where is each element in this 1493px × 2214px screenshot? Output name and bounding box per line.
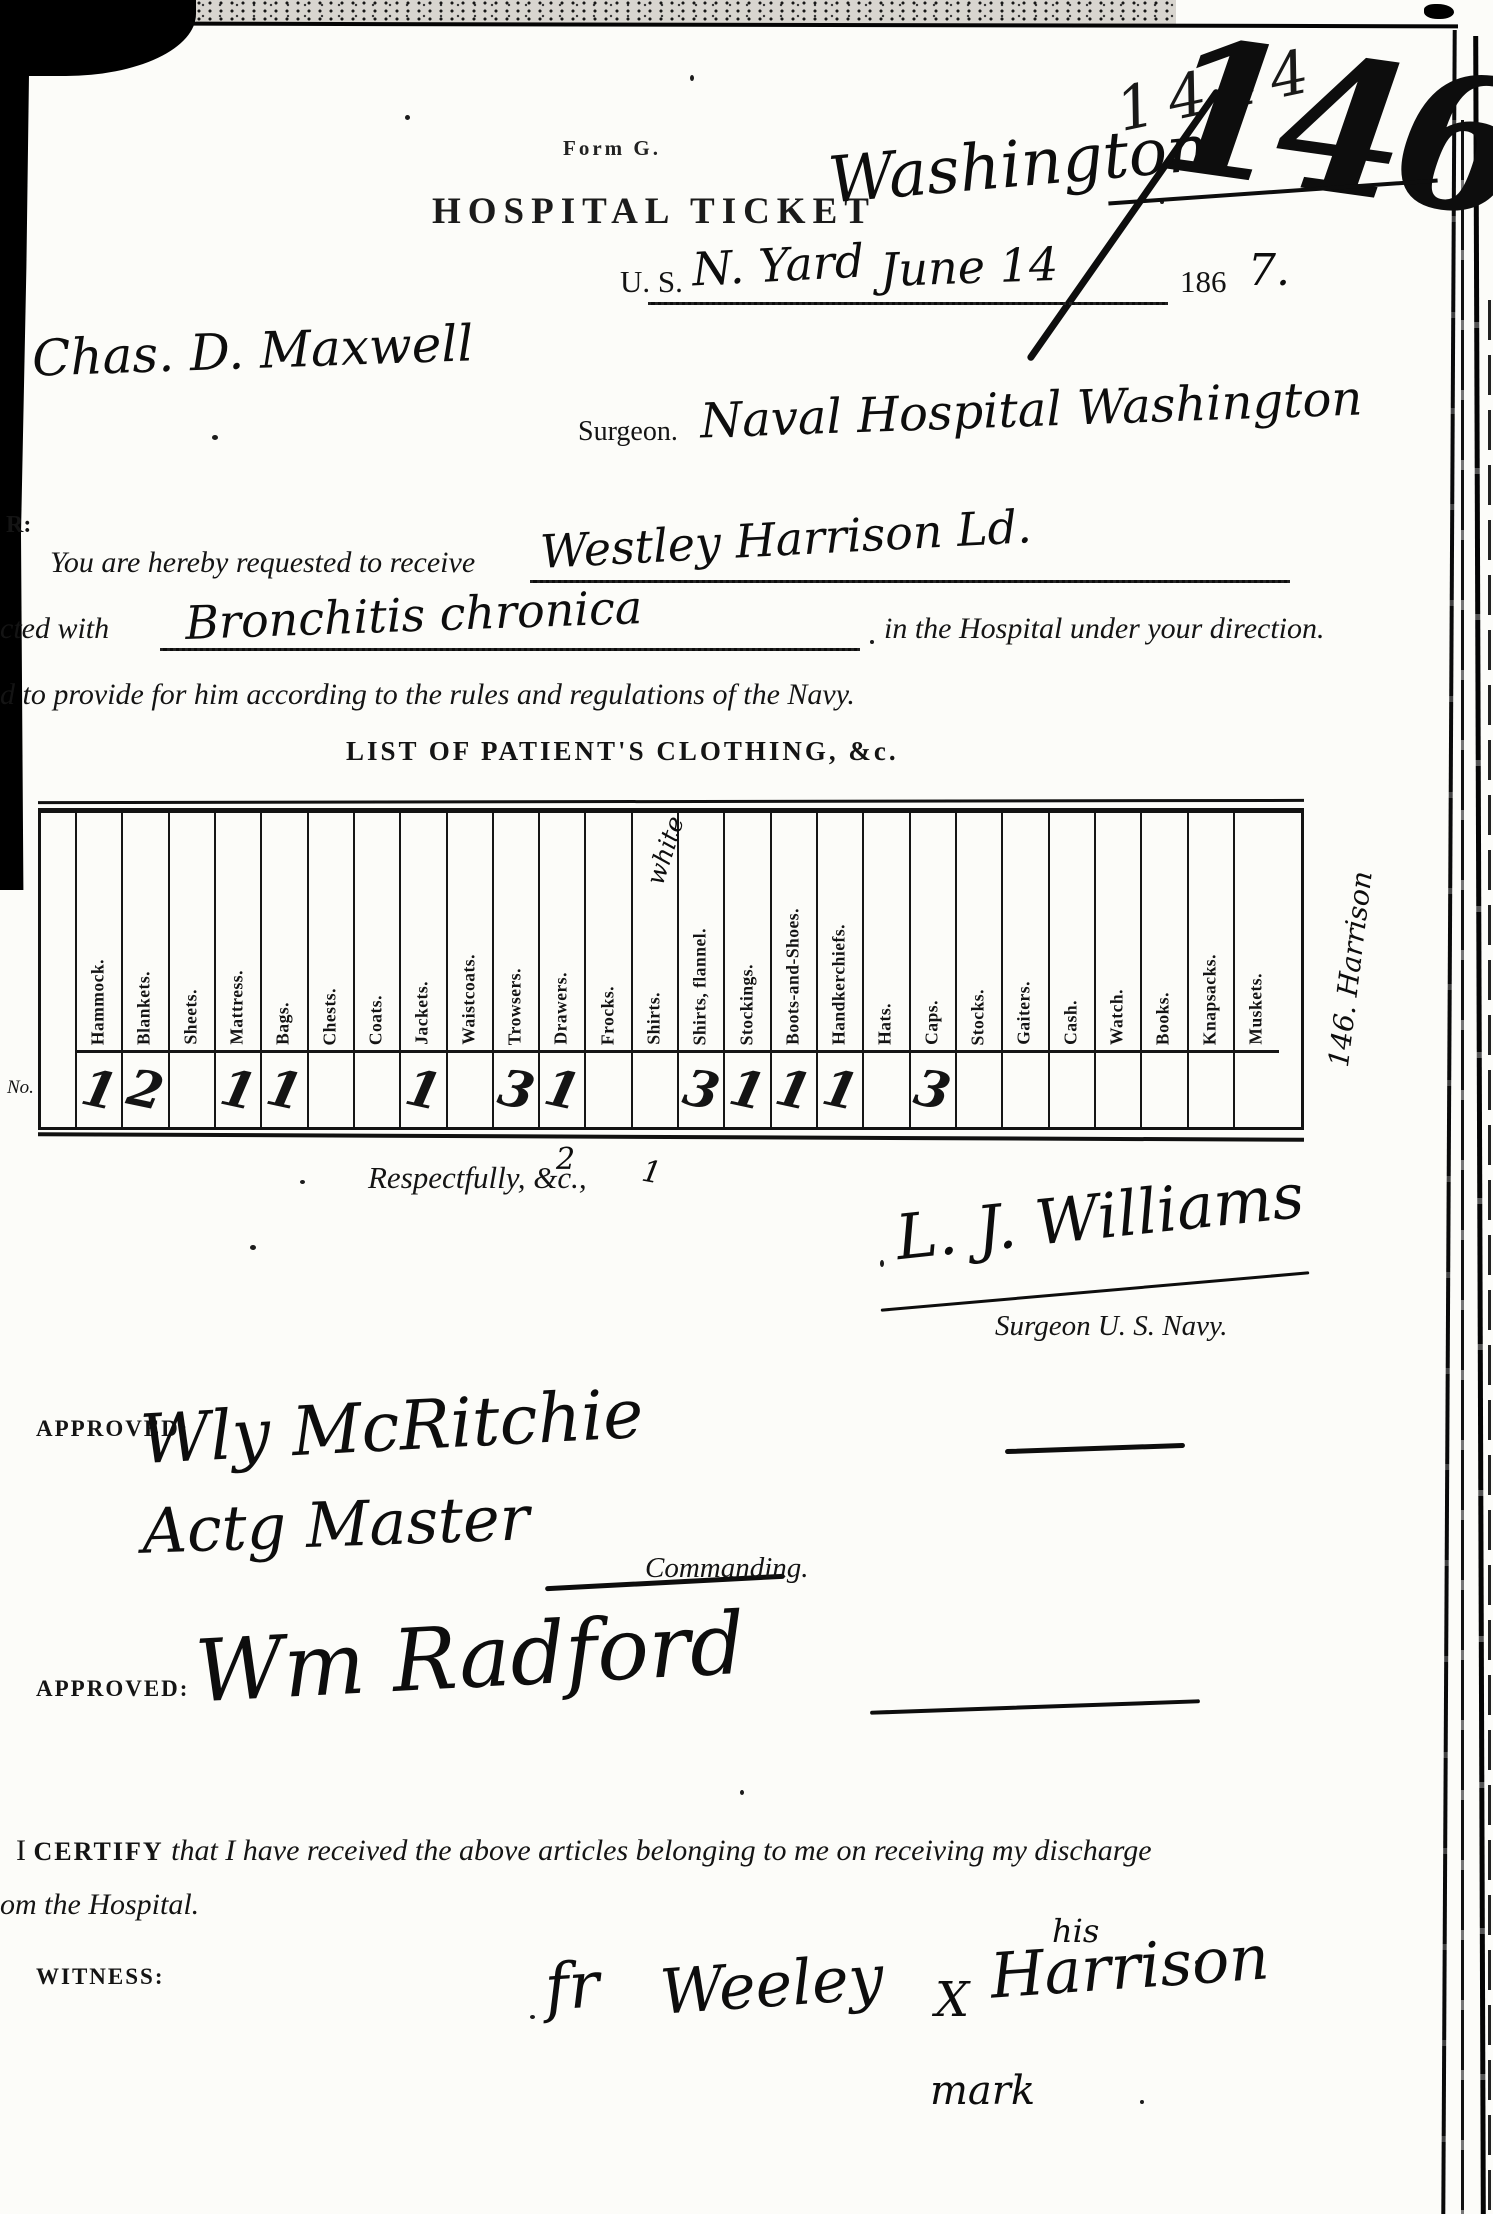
quantity-cell bbox=[448, 1050, 492, 1127]
scan-speck bbox=[740, 1790, 744, 1795]
table-column: Books. bbox=[1140, 813, 1186, 1127]
afflicted-partial-printed: cted with bbox=[0, 612, 109, 646]
quantity-cell bbox=[864, 1050, 908, 1127]
scan-right-edge-line bbox=[1473, 36, 1486, 2214]
surgeon-signature-handwritten: L. J. Williams bbox=[892, 1159, 1307, 1274]
quantity-cell: 3 bbox=[679, 1050, 723, 1127]
column-header-label: Drawers. bbox=[551, 972, 572, 1045]
certify-text: that I have received the above articles … bbox=[171, 1834, 1152, 1867]
station-handwritten: Naval Hospital Washington bbox=[699, 370, 1363, 449]
quantity-handwritten: 1 bbox=[401, 1062, 445, 1118]
surgeon-title-printed: Surgeon U. S. Navy. bbox=[995, 1310, 1228, 1343]
scan-right-edge-line bbox=[1441, 30, 1456, 2214]
certify-continuation: om the Hospital. bbox=[0, 1888, 199, 1922]
respectfully-printed: Respectfully, &c., bbox=[368, 1160, 587, 1196]
table-column: Shirts, flannel.3 bbox=[677, 813, 723, 1127]
table-column: Caps.3 bbox=[909, 813, 955, 1127]
quantity-cell: 2 bbox=[123, 1050, 167, 1127]
scan-right-edge-line bbox=[1488, 300, 1491, 2214]
witness-prefix-handwritten: fr bbox=[542, 1948, 601, 2026]
table-column: Gaiters. bbox=[1001, 813, 1047, 1127]
quantity-cell bbox=[355, 1050, 399, 1127]
year-printed: 186 bbox=[1180, 264, 1227, 300]
column-header-label: Gaiters. bbox=[1014, 981, 1035, 1045]
mark-x-handwritten: X bbox=[935, 1972, 969, 2028]
table-column: Trowsers.3 bbox=[492, 813, 538, 1127]
signature-flourish bbox=[881, 1271, 1310, 1311]
salutation-partial: R: bbox=[6, 512, 31, 539]
year-digit-handwritten: 7. bbox=[1248, 245, 1290, 296]
column-header-label: Stocks. bbox=[968, 989, 989, 1046]
quantity-cell: 3 bbox=[911, 1050, 955, 1127]
column-header-label: Caps. bbox=[921, 1000, 942, 1045]
scan-speck bbox=[250, 1245, 256, 1250]
patient-name-handwritten: Westley Harrison Ld. bbox=[539, 499, 1033, 579]
table-column: Handkerchiefs.1 bbox=[816, 813, 862, 1127]
direction-line-printed: in the Hospital under your direction. bbox=[884, 612, 1325, 646]
scan-speck bbox=[880, 1260, 884, 1267]
column-header-label: Blankets. bbox=[134, 971, 155, 1045]
ticket-number-handwritten: 146 bbox=[1147, 0, 1493, 260]
certify-pronoun: I bbox=[16, 1834, 26, 1867]
scan-right-edge-line bbox=[1461, 120, 1464, 2214]
quantity-handwritten: 1 bbox=[725, 1062, 769, 1118]
diagnosis-dotted-line bbox=[160, 648, 860, 651]
quantity-cell: 1 bbox=[772, 1050, 816, 1127]
quantity-cell bbox=[1189, 1050, 1233, 1127]
quantity-cell bbox=[309, 1050, 353, 1127]
scan-speck bbox=[690, 75, 694, 81]
signature-flourish bbox=[870, 1699, 1200, 1715]
mark-handwritten: mark bbox=[930, 2068, 1035, 2114]
quantity-cell: 3 bbox=[494, 1050, 538, 1127]
quantity-cell bbox=[1235, 1050, 1279, 1127]
quantity-handwritten: 2 bbox=[123, 1062, 167, 1118]
table-column: Cash. bbox=[1048, 813, 1094, 1127]
diagnosis-handwritten: Bronchitis chronica bbox=[184, 580, 643, 650]
surgeon-printed-label: Surgeon. bbox=[578, 416, 678, 448]
column-header-label: Shirts, flannel. bbox=[690, 928, 711, 1045]
yard-handwritten: N. Yard bbox=[691, 234, 866, 297]
column-header-label: Knapsacks. bbox=[1199, 954, 1220, 1045]
table-column: Boots-and-Shoes.1 bbox=[770, 813, 816, 1127]
patient-firstname-handwritten: Weeley bbox=[658, 1940, 886, 2028]
quantity-handwritten: 1 bbox=[77, 1062, 121, 1118]
table-row-label-stub: No. bbox=[41, 813, 75, 1127]
quantity-handwritten: 1 bbox=[216, 1062, 260, 1118]
quantity-cell bbox=[633, 1050, 677, 1127]
clothing-list-heading: LIST OF PATIENT'S CLOTHING, &c. bbox=[346, 736, 899, 767]
table-column: Bags.1 bbox=[260, 813, 306, 1127]
quantity-handwritten: 3 bbox=[679, 1062, 723, 1118]
addressee-name-handwritten: Chas. D. Maxwell bbox=[31, 314, 474, 387]
table-column: Stockings.1 bbox=[723, 813, 769, 1127]
date-printed-prefix: U. S. bbox=[620, 264, 683, 300]
table-columns: Hammock.1Blankets.2Sheets.Mattress.1Bags… bbox=[75, 813, 1301, 1127]
table-column: Hats. bbox=[862, 813, 908, 1127]
quantity-cell bbox=[1050, 1050, 1094, 1127]
column-header-label: Hammock. bbox=[88, 959, 109, 1045]
scan-ink-blob bbox=[1424, 4, 1454, 19]
quantity-handwritten: 3 bbox=[494, 1062, 538, 1118]
quantity-cell: 1 bbox=[540, 1050, 584, 1127]
quantity-cell: 1 bbox=[818, 1050, 862, 1127]
column-header-label: Trowsers. bbox=[505, 968, 526, 1045]
approver-rank-handwritten: Actg Master bbox=[141, 1481, 531, 1567]
table-column: Muskets. bbox=[1233, 813, 1279, 1127]
table-column: Sheets. bbox=[168, 813, 214, 1127]
quantity-cell bbox=[1003, 1050, 1047, 1127]
column-header-label: Sheets. bbox=[180, 989, 201, 1045]
quantity-handwritten: 1 bbox=[772, 1062, 816, 1118]
column-header-label: Stockings. bbox=[736, 964, 757, 1045]
column-header-label: Coats. bbox=[366, 995, 387, 1045]
column-header-label: Watch. bbox=[1107, 989, 1128, 1045]
quantity-cell bbox=[170, 1050, 214, 1127]
approver-signature-handwritten: Wly McRitchie bbox=[138, 1375, 645, 1480]
patient-dotted-line bbox=[530, 580, 1290, 583]
column-header-label: Bags. bbox=[273, 1002, 294, 1045]
scan-speck bbox=[212, 435, 218, 440]
column-header-label: Books. bbox=[1153, 992, 1174, 1045]
quantity-handwritten: 3 bbox=[911, 1062, 955, 1118]
column-header-label: Shirts. bbox=[644, 992, 665, 1045]
form-label: Form G. bbox=[563, 136, 661, 161]
quantity-handwritten: 1 bbox=[540, 1062, 584, 1118]
table-column: Blankets.2 bbox=[121, 813, 167, 1127]
scan-speck bbox=[405, 115, 410, 120]
scan-speck bbox=[870, 640, 874, 644]
table-column: Drawers.1 bbox=[538, 813, 584, 1127]
table-column: Knapsacks. bbox=[1187, 813, 1233, 1127]
column-header-label: Muskets. bbox=[1246, 973, 1267, 1045]
column-header-label: Hats. bbox=[875, 1003, 896, 1045]
signature-stroke bbox=[1005, 1443, 1185, 1454]
certify-keyword: CERTIFY bbox=[34, 1837, 164, 1866]
column-header-label: Cash. bbox=[1060, 1000, 1081, 1045]
quantity-cell bbox=[1142, 1050, 1186, 1127]
quantity-cell: 1 bbox=[77, 1050, 121, 1127]
table-outer-bottom-rule bbox=[38, 1132, 1304, 1142]
certify-line: I CERTIFY that I have received the above… bbox=[16, 1834, 1152, 1868]
table-column: Hammock.1 bbox=[75, 813, 121, 1127]
column-header-label: Mattress. bbox=[227, 970, 248, 1045]
pencil-mark-handwritten: 1 bbox=[639, 1154, 664, 1192]
table-column: Mattress.1 bbox=[214, 813, 260, 1127]
quantity-cell: 1 bbox=[216, 1050, 260, 1127]
margin-annotation-handwritten: 146. Harrison bbox=[1322, 869, 1379, 1069]
table-column: Watch. bbox=[1094, 813, 1140, 1127]
patient-surname-handwritten: Harrison bbox=[988, 1920, 1272, 2012]
scan-speck bbox=[300, 1180, 305, 1184]
column-header-label: Frocks. bbox=[597, 986, 618, 1045]
scan-speck bbox=[1140, 2100, 1144, 2104]
table-column: Frocks. bbox=[584, 813, 630, 1127]
quantity-cell: 1 bbox=[401, 1050, 445, 1127]
column-header-label: Waistcoats. bbox=[458, 954, 479, 1045]
scan-speck bbox=[530, 2015, 535, 2019]
table-column: Jackets.1 bbox=[399, 813, 445, 1127]
quantity-cell: 1 bbox=[725, 1050, 769, 1127]
table-outer-top-rule bbox=[38, 799, 1304, 804]
quantity-cell bbox=[957, 1050, 1001, 1127]
column-header-label: Chests. bbox=[319, 988, 340, 1045]
table-column: Waistcoats. bbox=[446, 813, 492, 1127]
date-dotted-line bbox=[648, 302, 1168, 305]
table-column: Chests. bbox=[307, 813, 353, 1127]
page-title: HOSPITAL TICKET bbox=[432, 190, 876, 233]
quantity-handwritten: 1 bbox=[818, 1062, 862, 1118]
quantity-cell: 1 bbox=[262, 1050, 306, 1127]
quantity-handwritten: 1 bbox=[262, 1062, 306, 1118]
row-label: No. bbox=[7, 1077, 34, 1099]
approver-signature-handwritten: Wm Radford bbox=[193, 1594, 748, 1723]
scan-left-edge bbox=[0, 0, 30, 890]
approved-label: APPROVED: bbox=[36, 1676, 189, 1702]
date-handwritten: June 14 bbox=[879, 237, 1059, 297]
column-header-label: Handkerchiefs. bbox=[829, 924, 850, 1045]
request-line-printed: You are hereby requested to receive bbox=[50, 546, 475, 580]
hospital-ticket-document: Form G. HOSPITAL TICKET Washington 1444 … bbox=[0, 0, 1493, 2214]
quantity-cell bbox=[586, 1050, 630, 1127]
quantity-cell bbox=[1096, 1050, 1140, 1127]
provide-line-printed: d to provide for him according to the ru… bbox=[0, 678, 855, 712]
witness-label: WITNESS: bbox=[36, 1964, 164, 1990]
column-header-label: Jackets. bbox=[412, 981, 433, 1045]
commanding-printed: Commanding. bbox=[645, 1552, 809, 1585]
table-column: Stocks. bbox=[955, 813, 1001, 1127]
table-column: Coats. bbox=[353, 813, 399, 1127]
column-header-label: Boots-and-Shoes. bbox=[783, 908, 804, 1045]
